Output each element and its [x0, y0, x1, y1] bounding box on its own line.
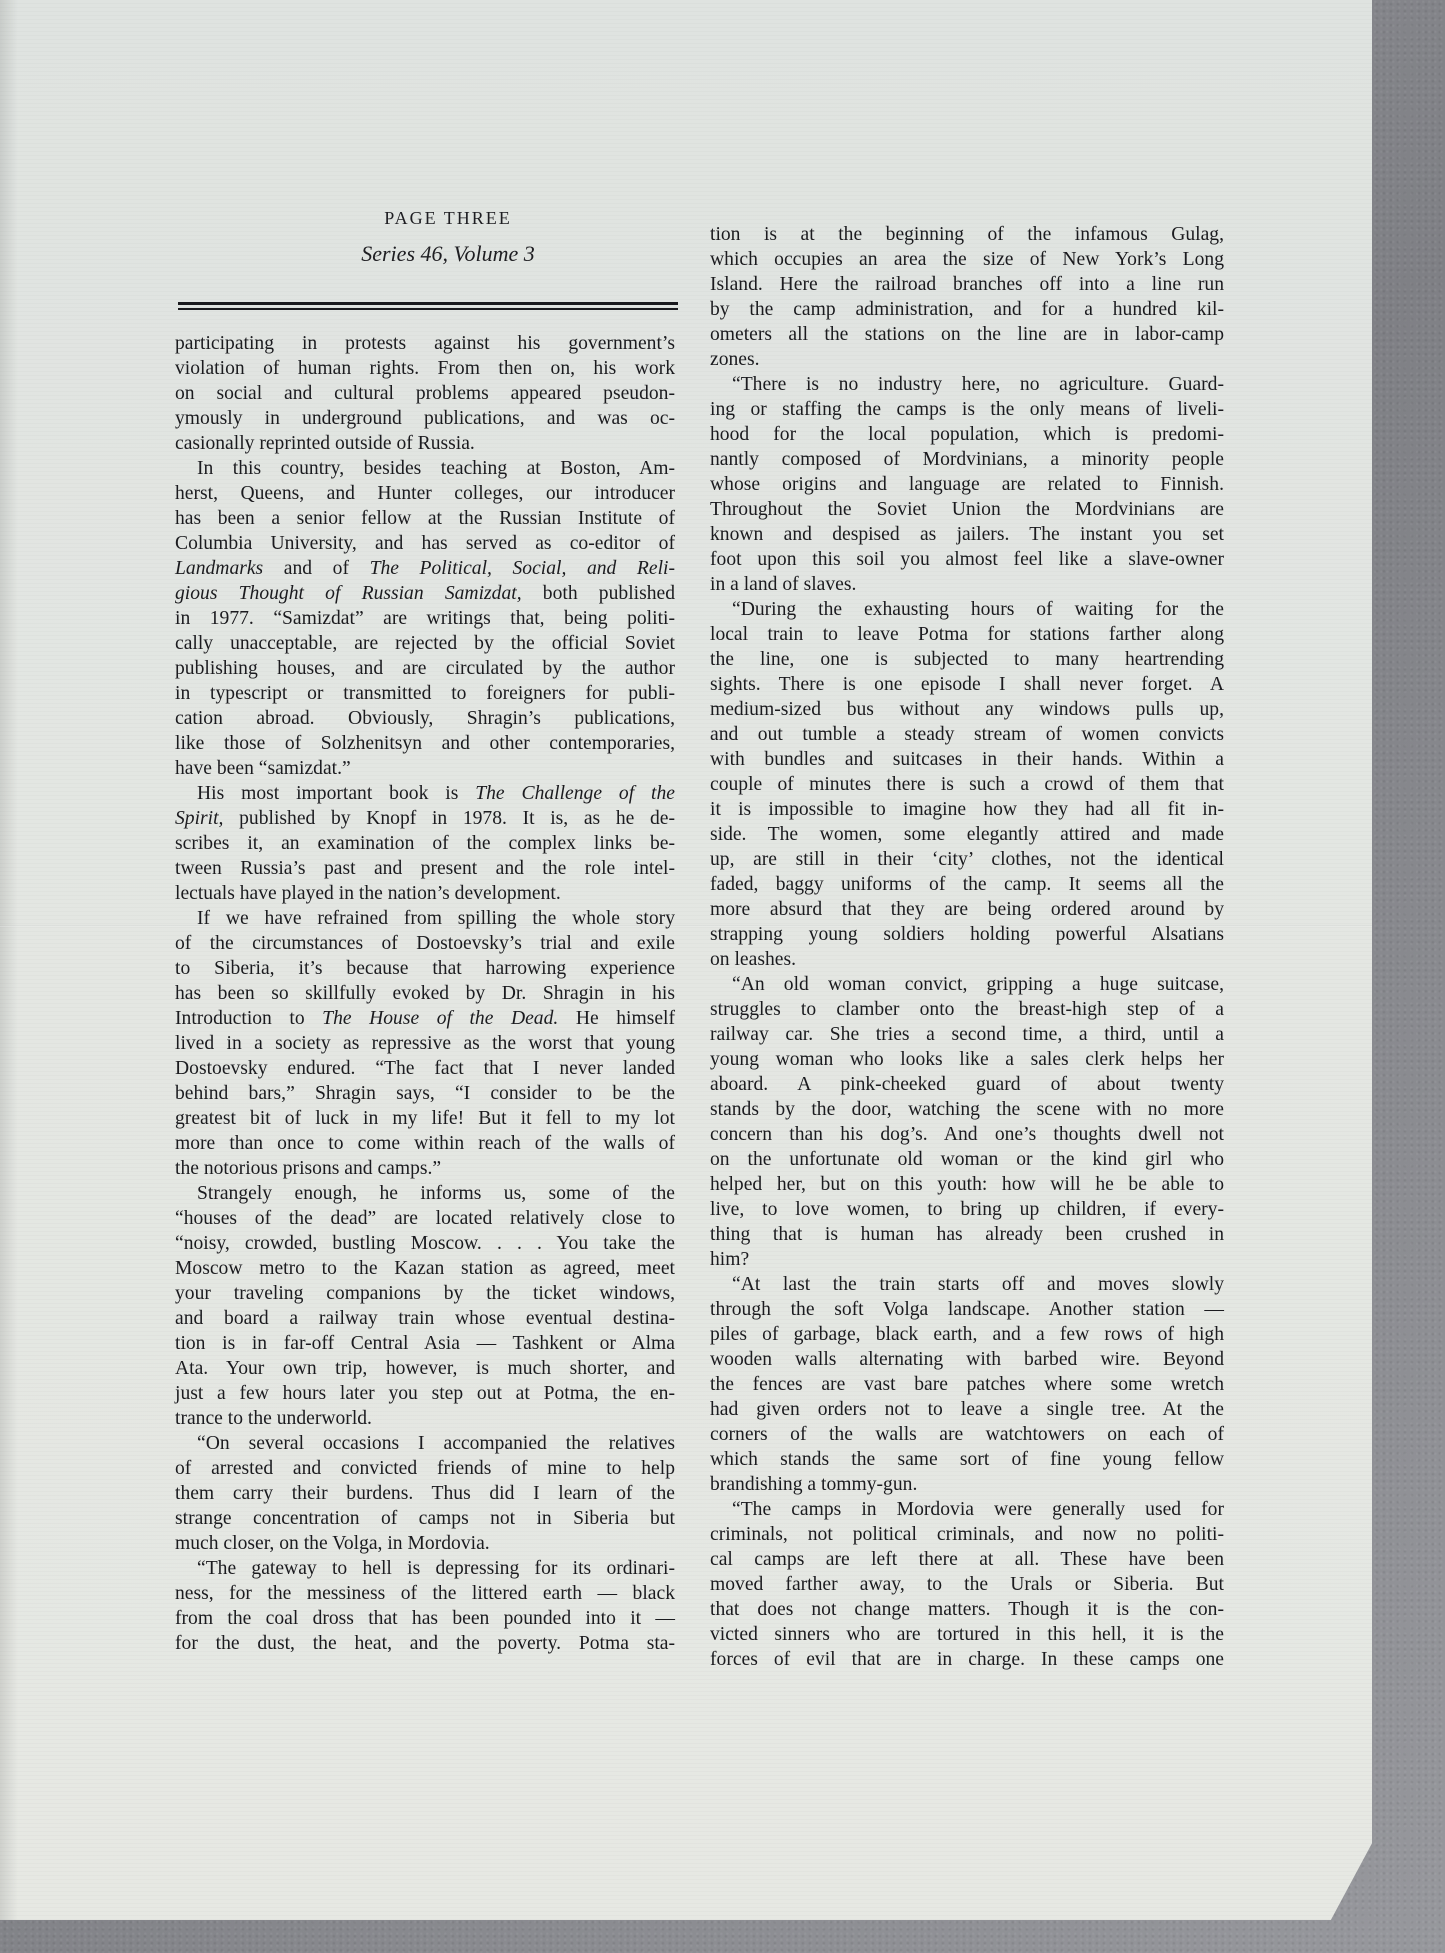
- text-line: more absurd that they are being ordered …: [710, 897, 1224, 922]
- text-line: nantly composed of Mordvinians, a minori…: [710, 447, 1224, 472]
- text-line: piles of garbage, black earth, and a few…: [710, 1322, 1224, 1347]
- text-line: scribes it, an examination of the comple…: [175, 831, 675, 856]
- text-line: His most important book is The Challenge…: [175, 781, 675, 806]
- text-line: has been a senior fellow at the Russian …: [175, 506, 675, 531]
- text-line: Introduction to The House of the Dead. H…: [175, 1006, 675, 1031]
- text-line: your traveling companions by the ticket …: [175, 1281, 675, 1306]
- text-line: ness, for the messiness of the littered …: [175, 1581, 675, 1606]
- text-line: ing or staffing the camps is the only me…: [710, 397, 1224, 422]
- text-line: Strangely enough, he informs us, some of…: [175, 1181, 675, 1206]
- left-text-column: participating in protests against his go…: [175, 331, 675, 1656]
- header-rule-thin: [178, 308, 678, 310]
- text-line: of arrested and convicted friends of min…: [175, 1456, 675, 1481]
- text-line: violation of human rights. From then on,…: [175, 356, 675, 381]
- text-line: on the unfortunate old woman or the kind…: [710, 1147, 1224, 1172]
- text-line: tion is at the beginning of the infamous…: [710, 222, 1224, 247]
- text-line: wooden walls alternating with barbed wir…: [710, 1347, 1224, 1372]
- text-line: cally unacceptable, are rejected by the …: [175, 631, 675, 656]
- text-line: it is impossible to imagine how they had…: [710, 797, 1224, 822]
- text-line: has been so skillfully evoked by Dr. Shr…: [175, 981, 675, 1006]
- text-line: trance to the underworld.: [175, 1406, 675, 1431]
- text-line: of the circumstances of Dostoevsky’s tri…: [175, 931, 675, 956]
- text-line: the notorious prisons and camps.”: [175, 1156, 675, 1181]
- text-line: Moscow metro to the Kazan station as agr…: [175, 1256, 675, 1281]
- text-line: which occupies an area the size of New Y…: [710, 247, 1224, 272]
- page-fold-shadow: [0, 0, 18, 1920]
- text-line: in typescript or transmitted to foreigne…: [175, 681, 675, 706]
- text-line: medium-sized bus without any windows pul…: [710, 697, 1224, 722]
- text-line: “noisy, crowded, bustling Moscow. . . . …: [175, 1231, 675, 1256]
- text-line: like those of Solzhenitsyn and other con…: [175, 731, 675, 756]
- text-line: forces of evil that are in charge. In th…: [710, 1647, 1224, 1672]
- text-line: in a land of slaves.: [710, 572, 1224, 597]
- text-line: zones.: [710, 347, 1224, 372]
- text-line: concern than his dog’s. And one’s though…: [710, 1122, 1224, 1147]
- text-line: and out tumble a steady stream of women …: [710, 722, 1224, 747]
- text-line: them carry their burdens. Thus did I lea…: [175, 1481, 675, 1506]
- text-line: “There is no industry here, no agricultu…: [710, 372, 1224, 397]
- text-line: and board a railway train whose eventual…: [175, 1306, 675, 1331]
- text-line: on social and cultural problems appeared…: [175, 381, 675, 406]
- text-line: aboard. A pink-cheeked guard of about tw…: [710, 1072, 1224, 1097]
- text-line: ymously in underground publications, and…: [175, 406, 675, 431]
- text-line: tween Russia’s past and present and the …: [175, 856, 675, 881]
- text-line: corners of the walls are watchtowers on …: [710, 1422, 1224, 1447]
- text-line: Landmarks and of The Political, Social, …: [175, 556, 675, 581]
- text-line: in 1977. “Samizdat” are writings that, b…: [175, 606, 675, 631]
- text-line: “During the exhausting hours of waiting …: [710, 597, 1224, 622]
- text-line: ometers all the stations on the line are…: [710, 322, 1224, 347]
- text-line: lived in a society as repressive as the …: [175, 1031, 675, 1056]
- series-volume: Series 46, Volume 3: [218, 241, 678, 267]
- text-line: hood for the local population, which is …: [710, 422, 1224, 447]
- text-line: “The camps in Mordovia were generally us…: [710, 1497, 1224, 1522]
- text-line: more than once to come within reach of t…: [175, 1131, 675, 1156]
- text-line: “At last the train starts off and moves …: [710, 1272, 1224, 1297]
- text-line: lectuals have played in the nation’s dev…: [175, 881, 675, 906]
- text-line: stands by the door, watching the scene w…: [710, 1097, 1224, 1122]
- text-line: the fences are vast bare patches where s…: [710, 1372, 1224, 1397]
- text-line: Dostoevsky endured. “The fact that I nev…: [175, 1056, 675, 1081]
- text-line: the line, one is subjected to many heart…: [710, 647, 1224, 672]
- text-line: helped her, but on this youth: how will …: [710, 1172, 1224, 1197]
- document-page: PAGE THREE Series 46, Volume 3 participa…: [0, 0, 1372, 1920]
- page-label: PAGE THREE: [218, 208, 678, 229]
- text-line: just a few hours later you step out at P…: [175, 1381, 675, 1406]
- text-line: young woman who looks like a sales clerk…: [710, 1047, 1224, 1072]
- text-line: to Siberia, it’s because that harrowing …: [175, 956, 675, 981]
- text-line: which stands the same sort of fine young…: [710, 1447, 1224, 1472]
- text-line: publishing houses, and are circulated by…: [175, 656, 675, 681]
- text-line: side. The women, some elegantly attired …: [710, 822, 1224, 847]
- text-line: through the soft Volga landscape. Anothe…: [710, 1297, 1224, 1322]
- text-line: local train to leave Potma for stations …: [710, 622, 1224, 647]
- text-line: known and despised as jailers. The insta…: [710, 522, 1224, 547]
- text-line: “houses of the dead” are located relativ…: [175, 1206, 675, 1231]
- text-line: greatest bit of luck in my life! But it …: [175, 1106, 675, 1131]
- text-line: from the coal dross that has been pounde…: [175, 1606, 675, 1631]
- text-line: Spirit, published by Knopf in 1978. It i…: [175, 806, 675, 831]
- text-line: sights. There is one episode I shall nev…: [710, 672, 1224, 697]
- text-line: on leashes.: [710, 947, 1224, 972]
- text-line: Island. Here the railroad branches off i…: [710, 272, 1224, 297]
- text-line: cal camps are left there at all. These h…: [710, 1547, 1224, 1572]
- text-line: herst, Queens, and Hunter colleges, our …: [175, 481, 675, 506]
- text-line: strapping young soldiers holding powerfu…: [710, 922, 1224, 947]
- text-line: have been “samizdat.”: [175, 756, 675, 781]
- text-line: Ata. Your own trip, however, is much sho…: [175, 1356, 675, 1381]
- text-line: behind bars,” Shragin says, “I consider …: [175, 1081, 675, 1106]
- text-line: faded, baggy uniforms of the camp. It se…: [710, 872, 1224, 897]
- text-line: railway car. She tries a second time, a …: [710, 1022, 1224, 1047]
- text-line: with bundles and suitcases in their hand…: [710, 747, 1224, 772]
- page-header: PAGE THREE Series 46, Volume 3: [178, 208, 678, 267]
- text-line: Throughout the Soviet Union the Mordvini…: [710, 497, 1224, 522]
- text-line: criminals, not political criminals, and …: [710, 1522, 1224, 1547]
- text-line: live, to love women, to bring up childre…: [710, 1197, 1224, 1222]
- right-text-column: tion is at the beginning of the infamous…: [710, 222, 1224, 1672]
- text-line: much closer, on the Volga, in Mordovia.: [175, 1531, 675, 1556]
- text-line: participating in protests against his go…: [175, 331, 675, 356]
- text-line: him?: [710, 1247, 1224, 1272]
- text-line: victed sinners who are tortured in this …: [710, 1622, 1224, 1647]
- text-line: In this country, besides teaching at Bos…: [175, 456, 675, 481]
- text-line: whose origins and language are related t…: [710, 472, 1224, 497]
- text-line: “On several occasions I accompanied the …: [175, 1431, 675, 1456]
- text-line: strange concentration of camps not in Si…: [175, 1506, 675, 1531]
- text-line: moved farther away, to the Urals or Sibe…: [710, 1572, 1224, 1597]
- text-line: that does not change matters. Though it …: [710, 1597, 1224, 1622]
- text-line: by the camp administration, and for a hu…: [710, 297, 1224, 322]
- header-rule-thick: [178, 302, 678, 305]
- text-line: “The gateway to hell is depressing for i…: [175, 1556, 675, 1581]
- text-line: “An old woman convict, gripping a huge s…: [710, 972, 1224, 997]
- text-line: couple of minutes there is such a crowd …: [710, 772, 1224, 797]
- text-line: tion is in far-off Central Asia — Tashke…: [175, 1331, 675, 1356]
- text-line: had given orders not to leave a single t…: [710, 1397, 1224, 1422]
- text-line: gious Thought of Russian Samizdat, both …: [175, 581, 675, 606]
- text-line: casionally reprinted outside of Russia.: [175, 431, 675, 456]
- text-line: Columbia University, and has served as c…: [175, 531, 675, 556]
- text-line: for the dust, the heat, and the poverty.…: [175, 1631, 675, 1656]
- text-line: If we have refrained from spilling the w…: [175, 906, 675, 931]
- text-line: thing that is human has already been cru…: [710, 1222, 1224, 1247]
- text-line: brandishing a tommy-gun.: [710, 1472, 1224, 1497]
- text-line: cation abroad. Obviously, Shragin’s publ…: [175, 706, 675, 731]
- text-line: foot upon this soil you almost feel like…: [710, 547, 1224, 572]
- text-line: up, are still in their ‘city’ clothes, n…: [710, 847, 1224, 872]
- text-line: struggles to clamber onto the breast-hig…: [710, 997, 1224, 1022]
